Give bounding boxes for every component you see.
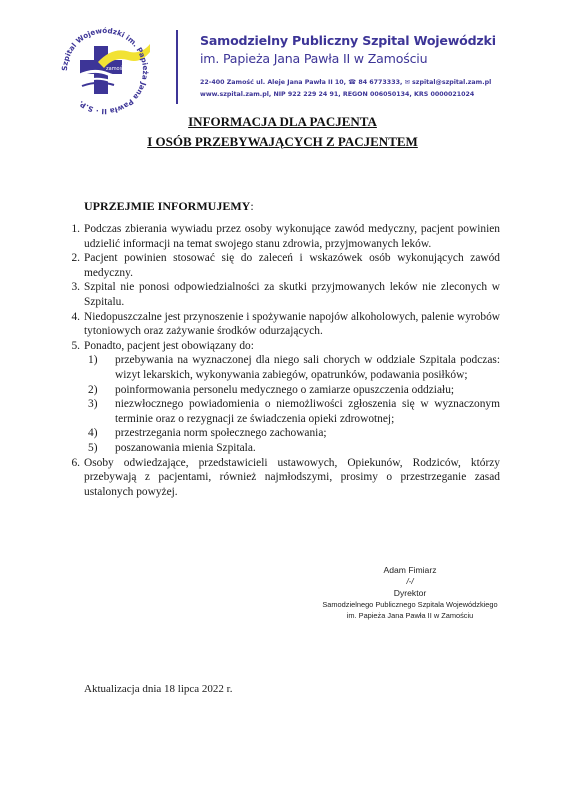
list-item: 5. Ponadto, pacjent jest obowiązany do: (60, 339, 500, 354)
signature-mark: /-/ (300, 576, 520, 587)
hospital-name: Samodzielny Publiczny Szpital Wojewódzki (200, 33, 496, 48)
hospital-subtitle: im. Papieża Jana Pawła II w Zamościu (200, 51, 427, 66)
list-item: 2. Pacjent powinien stosować się do zale… (60, 251, 500, 280)
signatory-name: Adam Fimiarz (300, 564, 520, 576)
email-address: szpital@szpital.zam.pl (412, 79, 491, 86)
lead-heading: UPRZEJMIE INFORMUJEMY: (84, 199, 254, 214)
document-subtitle: I OSÓB PRZEBYWAJĄCYCH Z PACJENTEM (0, 134, 565, 150)
envelope-icon: ✉ (405, 79, 410, 86)
sub-list-item: 4) przestrzegania norm społecznego zacho… (60, 426, 500, 441)
registry-line: www.szpital.zam.pl, NIP 922 229 24 91, R… (200, 91, 474, 98)
letterhead: Szpital Wojewódzki im. Papieża Jana Pawł… (0, 0, 565, 110)
phone-icon: ☎ (348, 79, 356, 86)
sub-list-item: 3) niezwłocznego powiadomienia o niemożl… (60, 397, 500, 426)
list-item: 3. Szpital nie ponosi odpowiedzialności … (60, 280, 500, 309)
contact-line: 22-400 Zamość ul. Aleje Jana Pawła II 10… (200, 79, 491, 86)
list-item: 4. Niedopuszczalne jest przynoszenie i s… (60, 310, 500, 339)
address: 22-400 Zamość ul. Aleje Jana Pawła II 10… (200, 79, 346, 86)
information-list: 1. Podczas zbierania wywiadu przez osoby… (60, 222, 500, 499)
update-date-note: Aktualizacja dnia 18 lipca 2022 r. (84, 683, 232, 695)
document-title: INFORMACJA DLA PACJENTA (0, 114, 565, 130)
list-item: 6. Osoby odwiedzające, przedstawicieli u… (60, 456, 500, 500)
sub-list-item: 2) poinformowania personelu medycznego o… (60, 383, 500, 398)
phone-number: 84 6773333, (358, 79, 402, 86)
signatory-role: Dyrektor (300, 587, 520, 599)
signatory-org-line1: Samodzielnego Publicznego Szpitala Wojew… (300, 599, 520, 610)
signatory-org-line2: im. Papieża Jana Pawła II w Zamościu (300, 610, 520, 621)
hospital-logo: Szpital Wojewódzki im. Papieża Jana Pawł… (58, 24, 152, 118)
header-divider (176, 30, 178, 104)
sub-list-item: 5) poszanowania mienia Szpitala. (60, 441, 500, 456)
list-item: 1. Podczas zbierania wywiadu przez osoby… (60, 222, 500, 251)
sub-list-item: 1) przebywania na wyznaczonej dla niego … (60, 353, 500, 382)
svg-text:zamość: zamość (106, 65, 125, 72)
signature-block: Adam Fimiarz /-/ Dyrektor Samodzielnego … (300, 564, 520, 621)
